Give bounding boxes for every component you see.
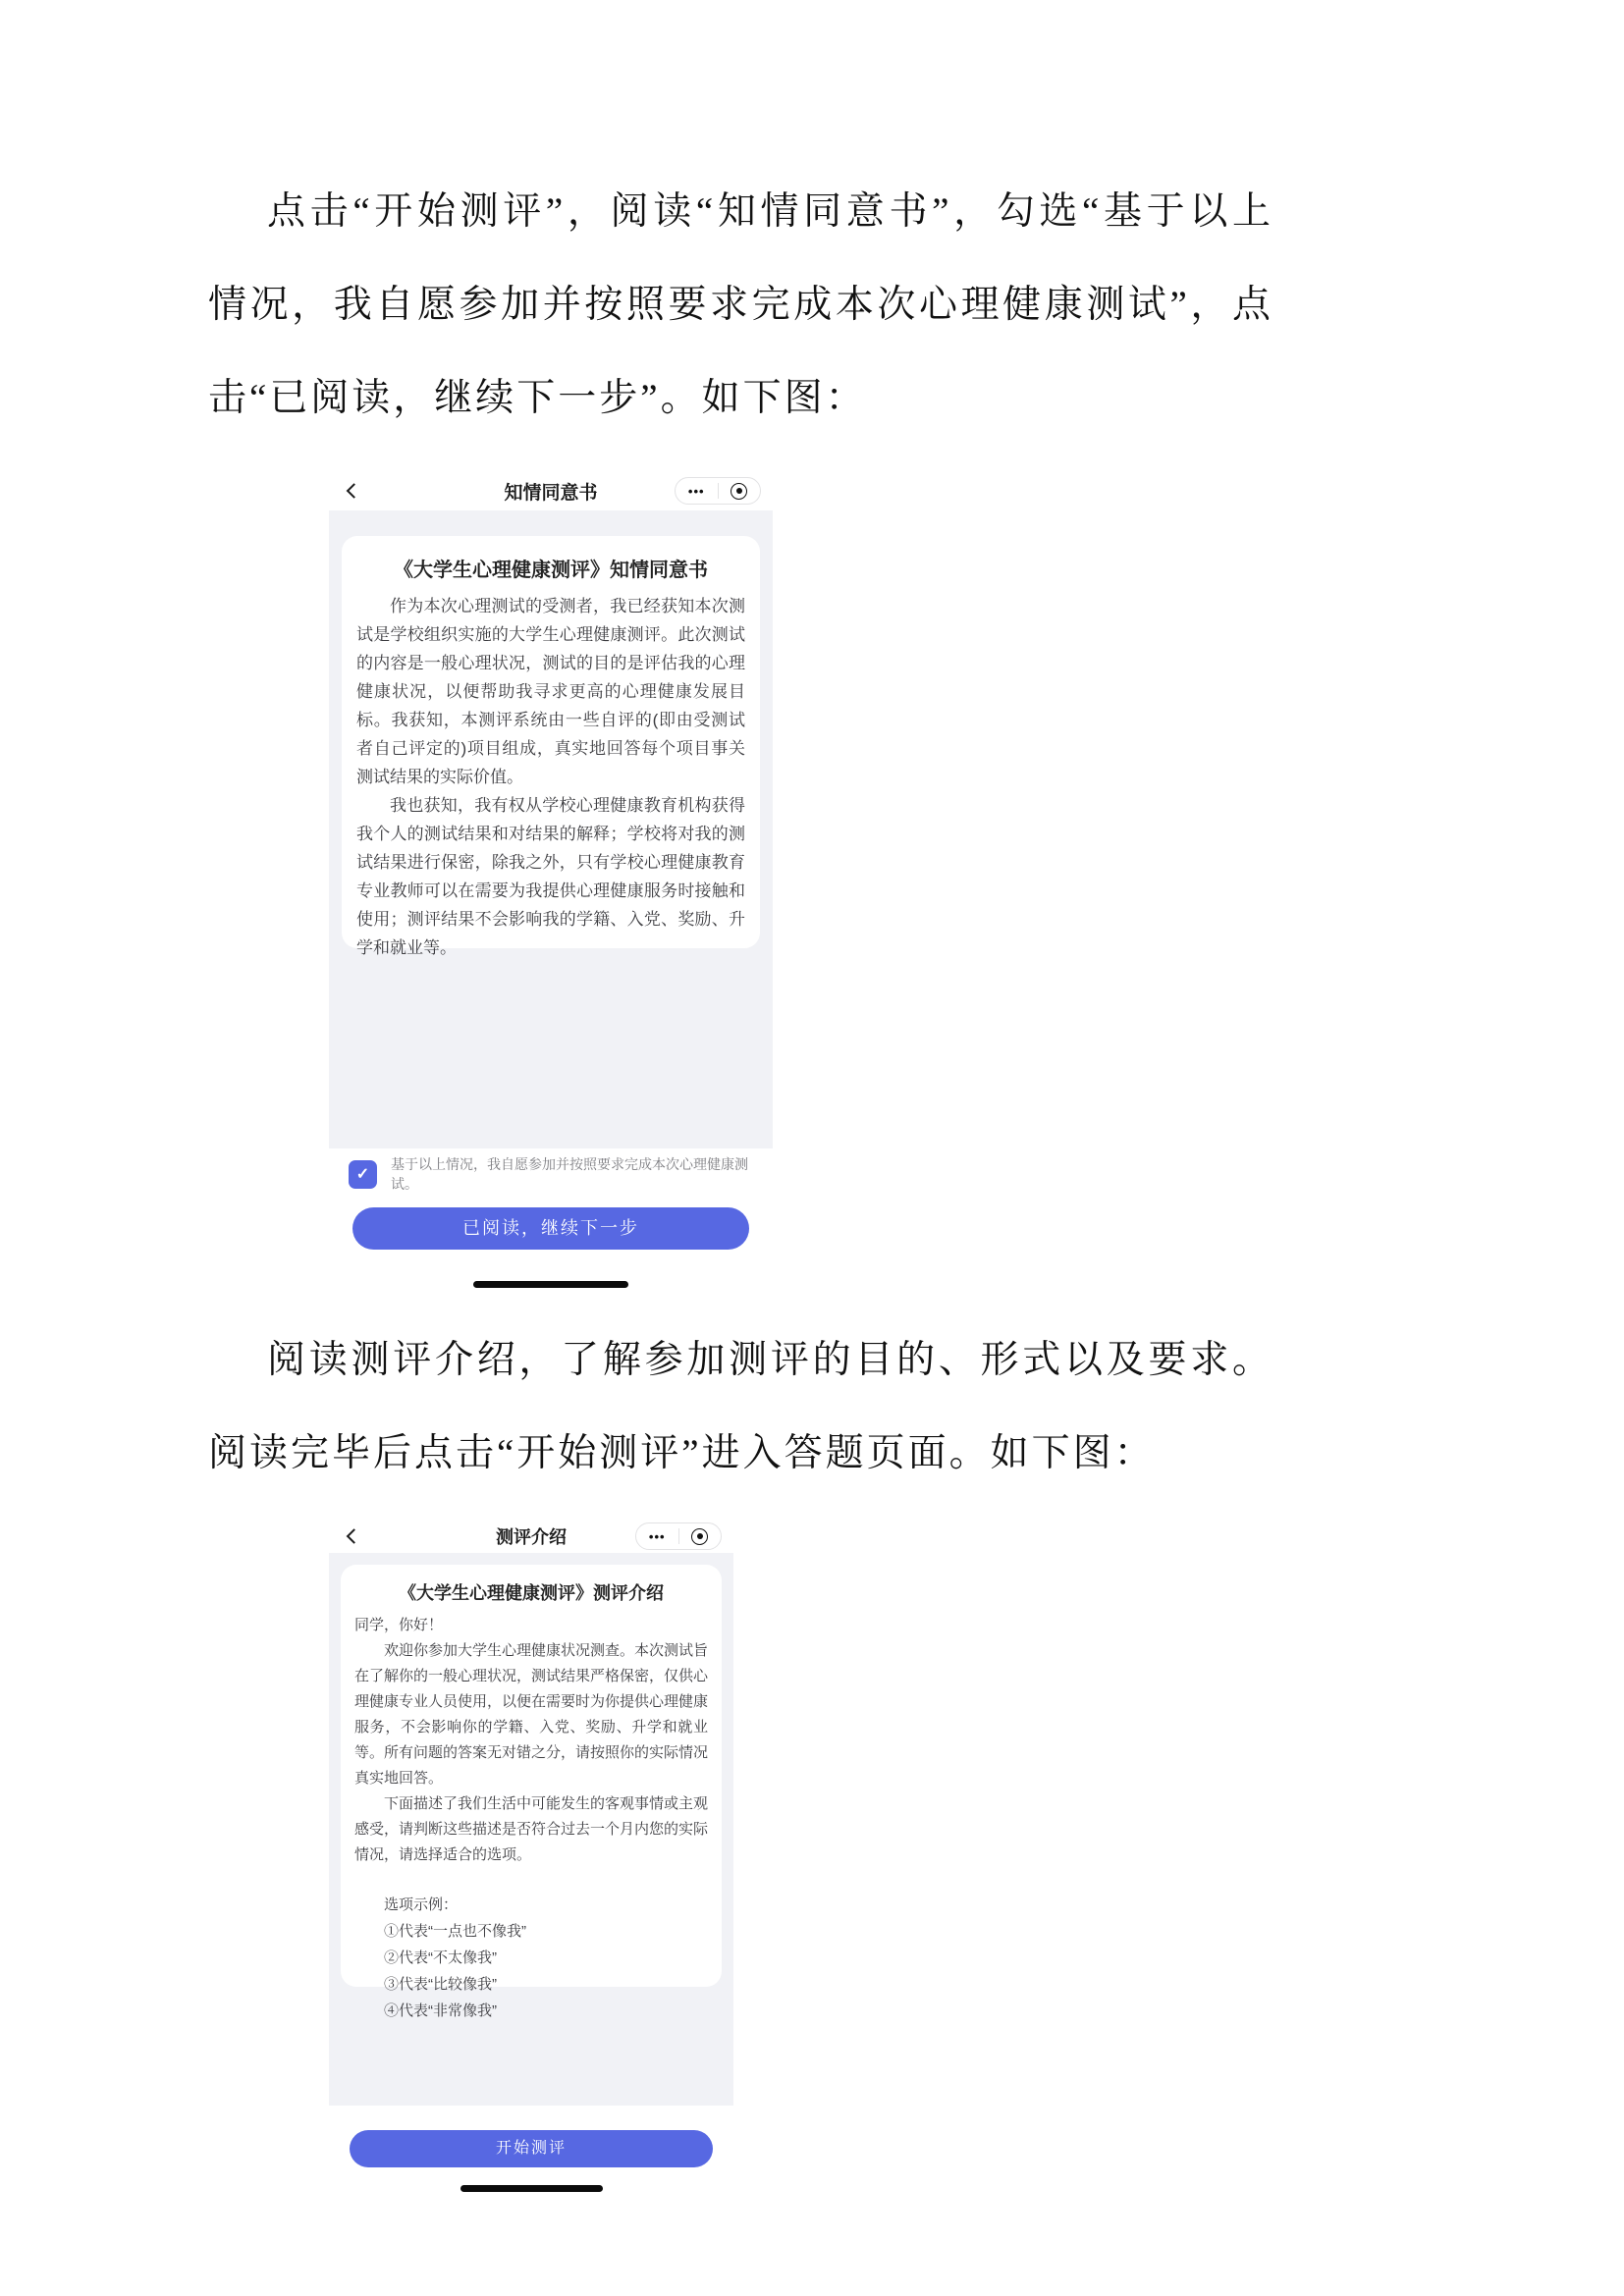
more-dots-icon: ••• [649,1530,666,1543]
page-title: 测评介绍 [496,1523,567,1549]
navbar: 知情同意书 ••• [329,471,773,510]
target-circle-icon [731,483,747,500]
instruction-paragraph-1: 点击“开始测评”，阅读“知情同意书”，勾选“基于以上情况，我自愿参加并按照要求完… [208,165,1273,445]
consent-checkbox-label: 基于以上情况，我自愿参加并按照要求完成本次心理健康测试。 [391,1154,773,1194]
consent-checkbox-row[interactable]: ✓ 基于以上情况，我自愿参加并按照要求完成本次心理健康测试。 [329,1148,773,1194]
document-page: 点击“开始测评”，阅读“知情同意书”，勾选“基于以上情况，我自愿参加并按照要求完… [0,0,1624,2296]
navbar: 测评介绍 ••• [329,1520,733,1553]
intro-body: 《大学生心理健康测评》测评介绍 同学，你好！ 欢迎你参加大学生心理健康状况测查。… [329,1553,733,2106]
intro-footer: 开始测评 [329,2106,733,2223]
option-1: ①代表“一点也不像我” [354,1918,708,1945]
intro-card-title: 《大学生心理健康测评》测评介绍 [354,1579,708,1605]
options-title: 选项示例： [354,1892,708,1918]
minimize-button[interactable] [719,478,761,504]
consent-paragraph-2: 我也获知，我有权从学校心理健康教育机构获得我个人的测试结果和对结果的解释；学校将… [356,791,745,962]
instruction-paragraph-2: 阅读测评介绍，了解参加测评的目的、形式以及要求。阅读完毕后点击“开始测评”进入答… [208,1313,1273,1500]
intro-greeting: 同学，你好！ [354,1613,708,1638]
back-icon[interactable] [347,483,362,499]
option-4: ④代表“非常像我” [354,1998,708,2024]
consent-card-title: 《大学生心理健康测评》知情同意书 [356,554,745,582]
screenshot-intro-page: 测评介绍 ••• 《大学生心理健康测评》测评介绍 同学，你好！ 欢迎你参加大学生… [329,1520,733,2223]
more-dots-icon: ••• [688,485,705,498]
wechat-capsule: ••• [635,1522,722,1550]
consent-card: 《大学生心理健康测评》知情同意书 作为本次心理测试的受测者，我已经获知本次测试是… [342,536,760,948]
wechat-capsule: ••• [675,477,761,505]
option-3: ③代表“比较像我” [354,1971,708,1998]
intro-paragraph-1: 欢迎你参加大学生心理健康状况测查。本次测试旨在了解你的一般心理状况，测试结果严格… [354,1638,708,1791]
home-indicator [473,1281,628,1288]
continue-button[interactable]: 已阅读，继续下一步 [352,1207,749,1250]
more-menu-button[interactable]: ••• [636,1523,678,1549]
consent-paragraph-1: 作为本次心理测试的受测者，我已经获知本次测试是学校组织实施的大学生心理健康测评。… [356,592,745,791]
intro-card: 《大学生心理健康测评》测评介绍 同学，你好！ 欢迎你参加大学生心理健康状况测查。… [341,1565,722,1987]
target-circle-icon [691,1528,708,1545]
more-menu-button[interactable]: ••• [676,478,718,504]
option-2: ②代表“不太像我” [354,1945,708,1971]
consent-footer: ✓ 基于以上情况，我自愿参加并按照要求完成本次心理健康测试。 已阅读，继续下一步 [329,1148,773,1289]
home-indicator [460,2185,603,2192]
screenshot-consent-page: 知情同意书 ••• 《大学生心理健康测评》知情同意书 作为本次心理测试的受测者，… [329,471,773,1289]
consent-body: 《大学生心理健康测评》知情同意书 作为本次心理测试的受测者，我已经获知本次测试是… [329,510,773,1148]
back-icon[interactable] [347,1528,362,1544]
minimize-button[interactable] [679,1523,722,1549]
start-assessment-button[interactable]: 开始测评 [350,2130,713,2167]
options-example-block: 选项示例： ①代表“一点也不像我” ②代表“不太像我” ③代表“比较像我” ④代… [354,1892,708,2024]
checkbox-checked-icon[interactable]: ✓ [349,1160,377,1189]
page-title: 知情同意书 [504,478,597,505]
intro-paragraph-2: 下面描述了我们生活中可能发生的客观事情或主观感受，请判断这些描述是否符合过去一个… [354,1791,708,1868]
